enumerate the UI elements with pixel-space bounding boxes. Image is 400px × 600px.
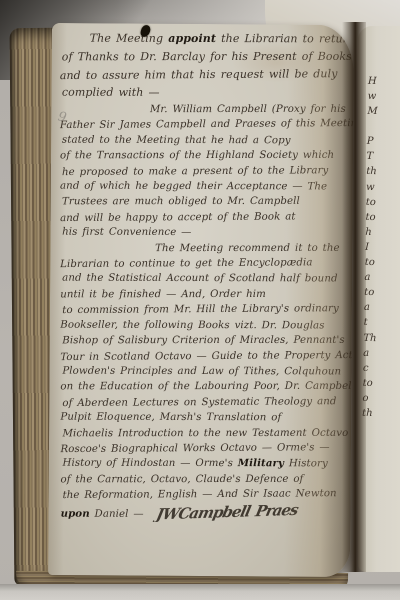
handwriting-segment: Bookseller, the following Books vizt. Dr…	[60, 319, 324, 331]
manuscript-line: and will be happy to accept of the Book …	[60, 209, 354, 226]
text-fragment: I	[365, 240, 378, 255]
text-fragment: T	[366, 149, 379, 164]
manuscript-line: of Aberdeen Lectures on Systematic Theol…	[62, 394, 354, 411]
manuscript-line: he proposed to make a present of to the …	[62, 163, 354, 180]
text-fragment	[367, 119, 380, 134]
handwriting-segment: he proposed to make a present of to the …	[62, 165, 328, 178]
table-cloth	[0, 584, 400, 600]
manuscript-line: Pulpit Eloquence, Marsh's Translation of	[60, 410, 354, 426]
handwriting-segment: History	[284, 459, 328, 470]
manuscript-line: the Reformation, English — And Sir Isaac…	[62, 486, 353, 503]
praeses-signature: JWCampbell Praes	[155, 502, 300, 522]
text-fragment: H	[368, 74, 381, 89]
manuscript-line: The Meeting recommend it to the	[155, 240, 354, 256]
text-fragment: h	[365, 225, 378, 240]
manuscript-line: and to assure him that his request will …	[60, 65, 354, 85]
text-fragment: to	[365, 210, 378, 225]
handwriting-segment: Tour in Scotland Octavo — Guide to the P…	[60, 350, 353, 363]
handwriting-segment: of Aberdeen Lectures on Systematic Theol…	[62, 396, 336, 409]
overwritten-word: Military	[238, 457, 284, 469]
manuscript-line: and the Statistical Account of Scotland …	[62, 271, 354, 287]
manuscript-line: The Meeting appoint the Librarian to ret…	[90, 30, 354, 49]
handwriting-segment: and will be happy to accept of the Book …	[60, 211, 296, 224]
manuscript-line: until it be finished — And, Order him	[60, 287, 354, 303]
manuscript-line: Tour in Scotland Octavo — Guide to the P…	[60, 348, 354, 365]
handwriting-segment: and of which he begged their Acceptance …	[60, 181, 327, 193]
manuscript-line: Bookseller, the following Books vizt. Dr…	[60, 317, 354, 333]
manuscript-line: of Thanks to Dr. Barclay for his Present…	[62, 48, 354, 67]
overwritten-word: upon	[61, 507, 90, 519]
handwriting-segment: of the Carnatic, Octavo, Claude's Defenc…	[61, 474, 304, 485]
text-fragment: w	[366, 179, 379, 194]
handwriting-segment: of the Transactions of the Highland Soci…	[60, 150, 334, 161]
handwriting-segment: History of Hindostan — Orme's	[62, 458, 237, 469]
handwriting-segment: the Reformation, English — And Sir Isaac…	[63, 488, 337, 501]
manuscript-line: stated to the Meeting that he had a Copy	[62, 132, 354, 148]
handwriting-segment: on the Education of the Labouring Poor, …	[60, 381, 354, 393]
manuscript-line: his first Convenience —	[62, 225, 354, 241]
handwriting-segment: his first Convenience —	[62, 227, 191, 238]
text-fragment: a	[364, 270, 377, 285]
handwriting-segment: Pulpit Eloquence, Marsh's Translation of	[60, 412, 281, 424]
manuscript-line: Father Sir James Campbell and Praeses of…	[60, 116, 354, 133]
handwriting-segment: Trustees are much obliged to Mr. Campbel…	[62, 196, 300, 207]
text-fragment: th	[366, 164, 379, 179]
handwriting-segment: The Meeting	[90, 32, 169, 45]
manuscript-line: upon Daniel — JWCampbell Praes	[61, 502, 354, 522]
manuscript-line: of the Transactions of the Highland Soci…	[60, 148, 354, 164]
manuscript-line: Mr. William Campbell (Proxy for his	[150, 102, 354, 118]
manuscript-line: complied with —	[62, 84, 354, 103]
manuscript-line: on the Education of the Labouring Poor, …	[60, 379, 354, 395]
text-fragment: to	[365, 255, 378, 270]
handwriting-segment: of Thanks to Dr. Barclay for his Present…	[62, 50, 352, 64]
handwriting-segment: complied with —	[62, 86, 160, 99]
handwriting-segment: Roscoe's Biographical Works Octavo — Orm…	[60, 442, 329, 455]
manuscript-page: The Meeting appoint the Librarian to ret…	[48, 23, 354, 577]
manuscript-line: Trustees are much obliged to Mr. Campbel…	[62, 194, 354, 210]
handwriting-segment: Daniel —	[90, 508, 149, 519]
manuscript-text: The Meeting appoint the Librarian to ret…	[60, 30, 354, 522]
handwriting-segment: Librarian to continue to get the Encyclo…	[60, 257, 312, 270]
text-fragment: M	[367, 104, 380, 119]
manuscript-line: Plowden's Principles and Law of Tithes, …	[62, 364, 354, 380]
text-fragment: to	[364, 285, 377, 300]
handwriting-segment: Mr. William Campbell (Proxy for his	[150, 104, 346, 115]
handwriting-segment: and the Statistical Account of Scotland …	[62, 273, 337, 285]
text-fragment: w	[368, 89, 381, 104]
handwriting-segment: Michaelis Introduction to the new Testam…	[62, 427, 348, 438]
manuscript-line: of the Carnatic, Octavo, Claude's Defenc…	[61, 472, 354, 488]
manuscript-line: History of Hindostan — Orme's Military H…	[62, 456, 353, 472]
overwritten-word: appoint	[168, 32, 216, 45]
text-fragment: to	[366, 195, 379, 210]
handwriting-segment: The Meeting recommend it to the	[155, 242, 340, 253]
handwriting-segment: and to assure him that his request will …	[60, 67, 338, 82]
manuscript-line: Bishop of Salisbury Criterion of Miracle…	[62, 333, 354, 349]
text-fragment: P	[367, 134, 380, 149]
handwriting-segment: stated to the Meeting that he had a Copy	[62, 134, 291, 146]
handwriting-segment: Bishop of Salisbury Criterion of Miracle…	[62, 335, 344, 346]
handwriting-segment: the Librarian to return a letter	[216, 32, 354, 45]
manuscript-line: Michaelis Introduction to the new Testam…	[62, 425, 353, 441]
manuscript-line: to commission from Mr. Hill the Library'…	[62, 301, 354, 318]
manuscript-line: and of which he begged their Acceptance …	[60, 179, 354, 195]
handwriting-segment: to commission from Mr. Hill the Library'…	[62, 303, 339, 316]
handwriting-segment: Father Sir James Campbell and Praeses of…	[60, 118, 354, 131]
book-gutter-shadow	[342, 22, 366, 572]
photo-background: The Meeting appoint the Librarian to ret…	[0, 0, 400, 600]
handwriting-segment: Plowden's Principles and Law of Tithes, …	[62, 366, 341, 378]
handwriting-segment: until it be finished — And, Order him	[60, 289, 266, 300]
